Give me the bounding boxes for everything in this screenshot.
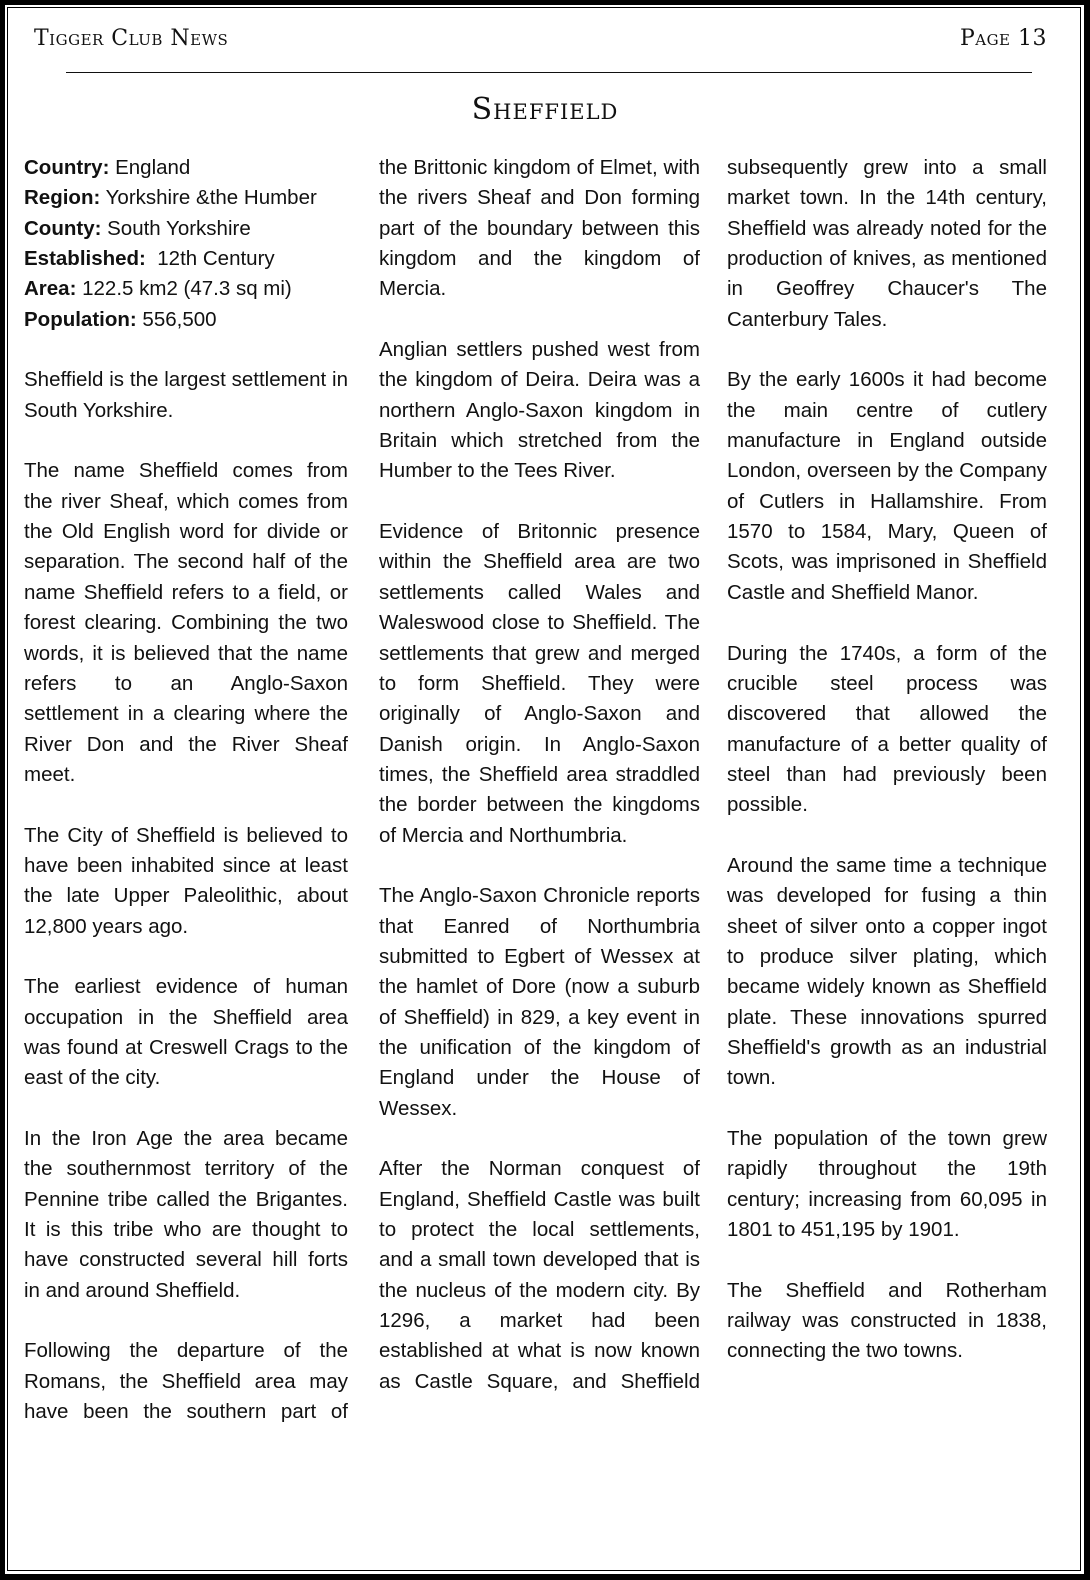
paragraph: The population of the town grew rapidly …	[727, 1124, 1047, 1245]
header-rule	[66, 72, 1032, 73]
page-number: Page 13	[960, 26, 1047, 51]
paragraph: Sheffield is the largest settlement in S…	[24, 365, 348, 426]
paragraph: The earliest evidence of human occupatio…	[24, 972, 348, 1093]
paragraph: Evidence of Britonnic presence within th…	[379, 517, 700, 851]
paragraph: The City of Sheffield is believed to hav…	[24, 821, 348, 942]
paragraph: The Sheffield and Rotherham railway was …	[727, 1276, 1047, 1367]
fact-label: County:	[24, 217, 101, 240]
fact-value: 556,500	[137, 308, 217, 331]
fact-value: South Yorkshire	[101, 217, 250, 240]
fact-label: Region:	[24, 186, 100, 209]
fact-population: Population: 556,500	[24, 305, 348, 335]
article-title: Sheffield	[0, 92, 1090, 127]
fact-country: Country: England	[24, 153, 348, 183]
paragraph: the Brittonic kingdom of Elmet, with the…	[379, 153, 700, 305]
paragraph: Following the departure of the Romans, t…	[24, 1336, 348, 1427]
fact-value: England	[109, 156, 190, 179]
fact-value: 12th Century	[146, 247, 275, 270]
fact-label: Population:	[24, 308, 137, 331]
fact-box: Country: England Region: Yorkshire &the …	[24, 153, 348, 335]
fact-label: Area:	[24, 277, 76, 300]
fact-region: Region: Yorkshire &the Humber	[24, 183, 348, 213]
fact-value: 122.5 km2 (47.3 sq mi)	[76, 277, 291, 300]
fact-label: Country:	[24, 156, 109, 179]
paragraph: The name Sheffield comes from the river …	[24, 456, 348, 790]
column-3: subsequently grew into a small market to…	[727, 153, 1047, 1397]
paragraph: By the early 1600s it had become the mai…	[727, 365, 1047, 608]
fact-county: County: South Yorkshire	[24, 214, 348, 244]
fact-value: Yorkshire &the Humber	[100, 186, 317, 209]
column-1: Country: England Region: Yorkshire &the …	[24, 153, 348, 1458]
column-2: the Brittonic kingdom of Elmet, with the…	[379, 153, 700, 1427]
paragraph: During the 1740s, a form of the crucible…	[727, 639, 1047, 821]
paragraph: After the Norman conquest of England, Sh…	[379, 1154, 700, 1397]
fact-area: Area: 122.5 km2 (47.3 sq mi)	[24, 274, 348, 304]
fact-established: Established: 12th Century	[24, 244, 348, 274]
paragraph: The Anglo-Saxon Chronicle reports that E…	[379, 881, 700, 1124]
paragraph: In the Iron Age the area became the sout…	[24, 1124, 348, 1306]
fact-label: Established:	[24, 247, 146, 270]
paragraph: Anglian settlers pushed west from the ki…	[379, 335, 700, 487]
paragraph: subsequently grew into a small market to…	[727, 153, 1047, 335]
publication-name: Tigger Club News	[34, 26, 228, 51]
paragraph: Around the same time a technique was dev…	[727, 851, 1047, 1094]
